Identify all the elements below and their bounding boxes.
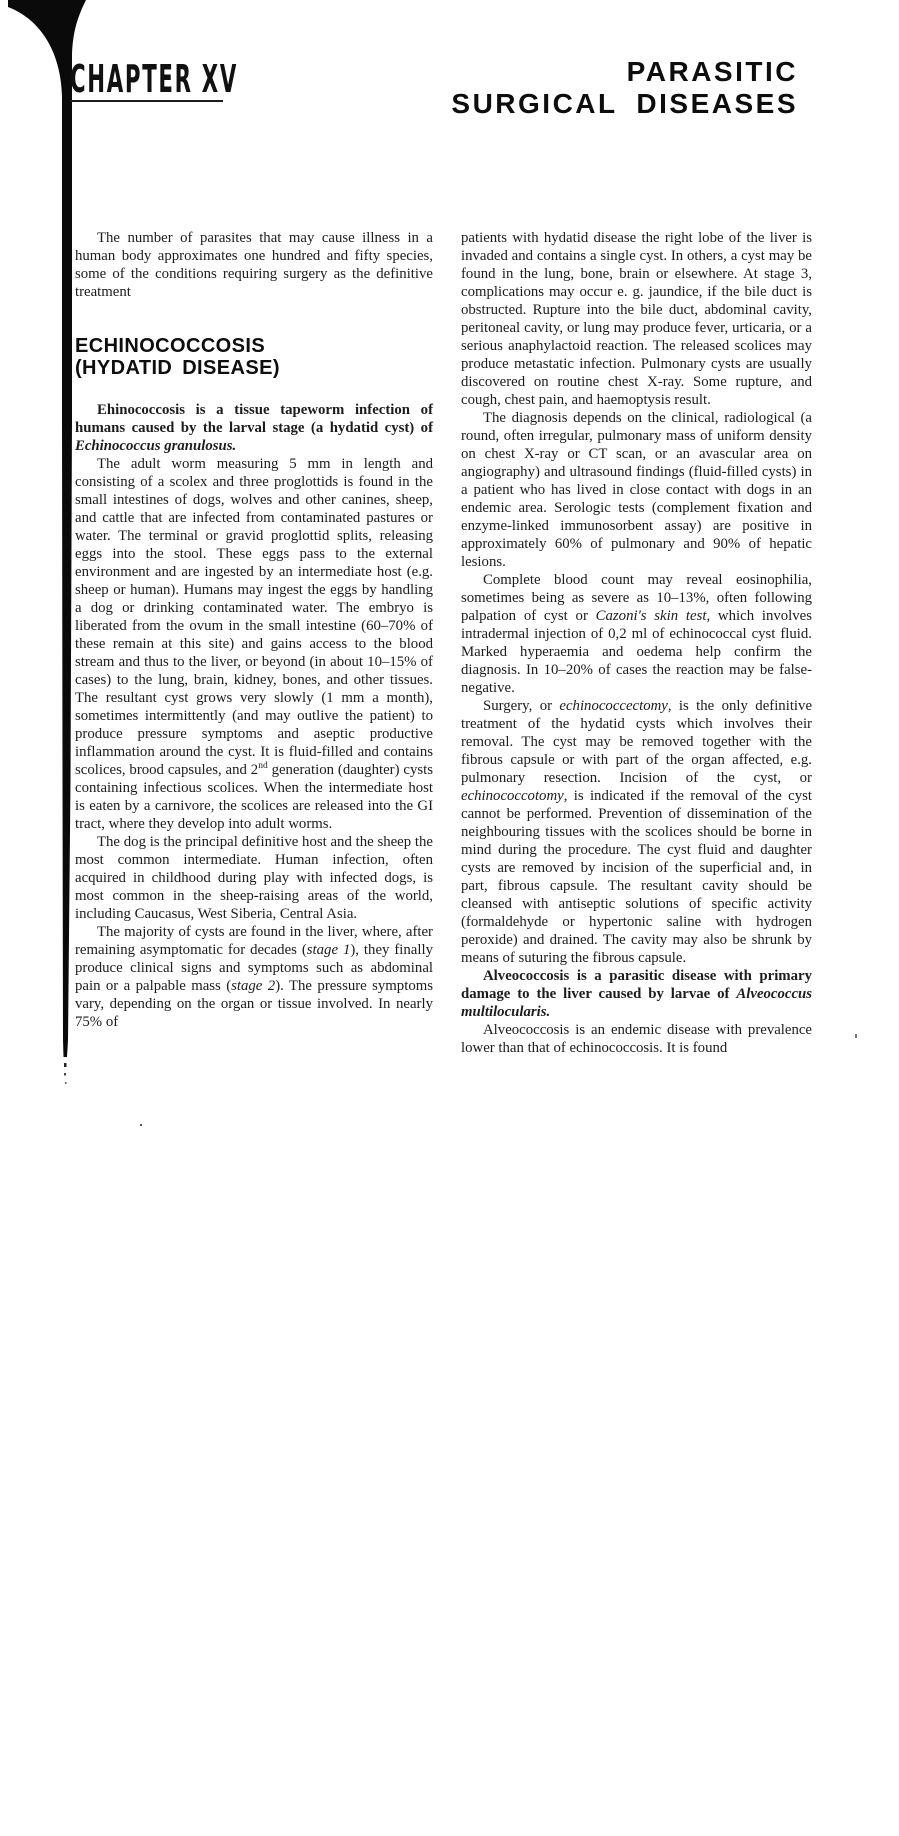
paragraph: patients with hydatid disease the right … — [461, 229, 812, 409]
paragraph: Surgery, or echinococcectomy, is the onl… — [461, 697, 812, 967]
section-heading-line: ECHINOCOCCOSIS — [75, 336, 433, 358]
chapter-heading-underline — [70, 100, 223, 102]
scan-speck — [855, 1034, 857, 1038]
paragraph: Alveococcosis is an endemic disease with… — [461, 1021, 812, 1057]
left-column: The number of parasites that may cause i… — [75, 229, 433, 1057]
paragraph: The majority of cysts are found in the l… — [75, 923, 433, 1031]
section-heading-line: (HYDATID DISEASE) — [75, 358, 433, 380]
paragraph: The adult worm measuring 5 mm in length … — [75, 455, 433, 833]
page-title: PARASITIC SURGICAL DISEASES — [451, 56, 798, 120]
page-title-line2: SURGICAL DISEASES — [451, 88, 798, 120]
right-column: patients with hydatid disease the right … — [461, 229, 812, 1057]
chapter-heading-label: CHAPTER XV — [70, 57, 238, 101]
paragraph: The diagnosis depends on the clinical, r… — [461, 409, 812, 571]
lead-paragraph: Alveococcosis is a parasitic disease wit… — [461, 967, 812, 1021]
chapter-heading: CHAPTER XV — [70, 60, 238, 98]
paragraph: The number of parasites that may cause i… — [75, 229, 433, 301]
text-columns: The number of parasites that may cause i… — [75, 229, 812, 1057]
scan-speck — [140, 1124, 142, 1126]
section-heading: ECHINOCOCCOSIS(HYDATID DISEASE) — [75, 336, 433, 379]
lead-paragraph: Ehinococcosis is a tissue tapeworm infec… — [75, 401, 433, 455]
book-page: CHAPTER XV PARASITIC SURGICAL DISEASES T… — [0, 0, 899, 1836]
paragraph: The dog is the principal definitive host… — [75, 833, 433, 923]
page-title-line1: PARASITIC — [451, 56, 798, 88]
paragraph: Complete blood count may reveal eosinoph… — [461, 571, 812, 697]
